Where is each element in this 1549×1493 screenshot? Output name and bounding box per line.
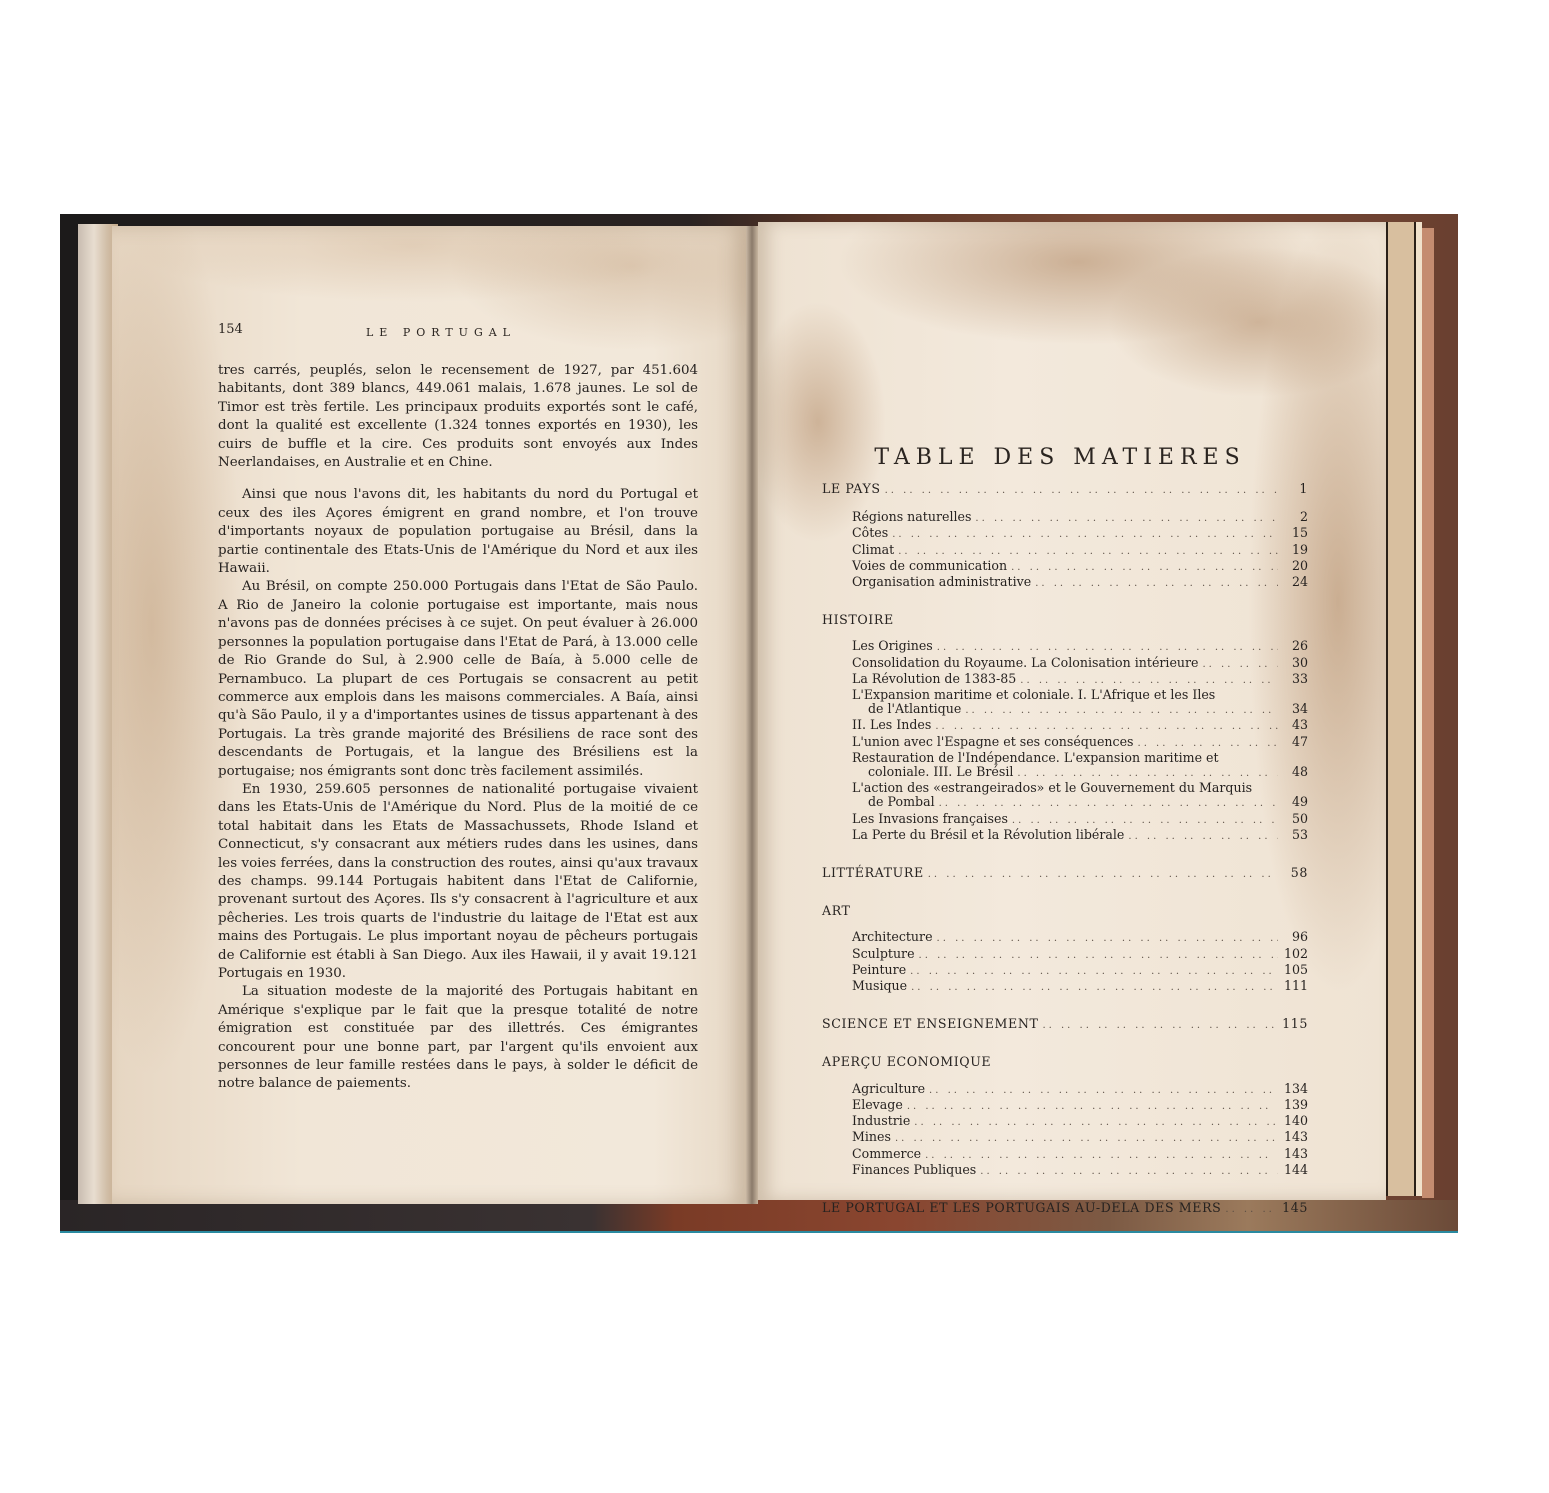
toc-label: Industrie: [852, 1114, 910, 1128]
leader-dots: .. .. .. .. .. .. .. .. .. .. .. .. .. .…: [906, 965, 1278, 979]
toc-label: Mines: [852, 1130, 891, 1144]
toc-page-number: 48: [1278, 765, 1308, 779]
toc-entry: Finances Publiques.. .. .. .. .. .. .. .…: [822, 1163, 1308, 1179]
toc-page-number: 143: [1278, 1130, 1308, 1144]
toc-section: HISTOIRELes Origines.. .. .. .. .. .. ..…: [822, 613, 1308, 844]
toc-entry: Musique.. .. .. .. .. .. .. .. .. .. .. …: [822, 979, 1308, 995]
book-gutter: [746, 226, 758, 1204]
toc-label: L'union avec l'Espagne et ses conséquenc…: [852, 735, 1134, 749]
toc-label: Les Invasions françaises: [852, 812, 1008, 826]
paragraph: tres carrés, peuplés, selon le recenseme…: [218, 362, 698, 472]
toc-entry: Organisation administrative.. .. .. .. .…: [822, 575, 1308, 591]
toc-label: de l'Atlantique: [868, 702, 961, 716]
leader-dots: .. .. .. .. .. .. .. .. .. .. .. .. .. .…: [891, 1132, 1278, 1146]
toc-page-number: 143: [1278, 1147, 1308, 1161]
toc-page-number: 49: [1278, 795, 1308, 809]
toc-page-number: 145: [1278, 1201, 1308, 1215]
toc-section: LITTÉRATURE.. .. .. .. .. .. .. .. .. ..…: [822, 866, 1308, 882]
toc-entry: II. Les Indes.. .. .. .. .. .. .. .. .. …: [822, 718, 1308, 734]
leader-dots: .. .. .. .. .. .. .. .. .. .. .. .. .. .…: [915, 949, 1278, 963]
toc-label: Commerce: [852, 1147, 921, 1161]
toc-label: La Perte du Brésil et la Révolution libé…: [852, 828, 1124, 842]
toc-section-heading: LE PORTUGAL ET LES PORTUGAIS AU-DELA DES…: [822, 1201, 1308, 1217]
toc-entry: Industrie.. .. .. .. .. .. .. .. .. .. .…: [822, 1114, 1308, 1130]
toc-entry-continuation: coloniale. III. Le Brésil.. .. .. .. .. …: [822, 765, 1308, 781]
leader-dots: .. .. .. .. .. .. .. .. .. .. .. .. .. .…: [971, 512, 1278, 526]
toc-entry: Mines.. .. .. .. .. .. .. .. .. .. .. ..…: [822, 1130, 1308, 1146]
toc-entry: Sculpture.. .. .. .. .. .. .. .. .. .. .…: [822, 947, 1308, 963]
toc-label: II. Les Indes: [852, 718, 931, 732]
toc-entry: Elevage.. .. .. .. .. .. .. .. .. .. .. …: [822, 1098, 1308, 1114]
toc-section: LE PAYS.. .. .. .. .. .. .. .. .. .. .. …: [822, 482, 1308, 591]
toc-label: Consolidation du Royaume. La Colonisatio…: [852, 656, 1199, 670]
leader-dots: .. .. .. .. .. .. .. .. .. .. .. .. .. .…: [1013, 767, 1278, 781]
leader-dots: .. .. .. .. .. .. .. .. .. .. .. .. .. .…: [1199, 658, 1279, 672]
leader-dots: .. .. .. .. .. .. .. .. .. .. .. .. .. .…: [894, 545, 1278, 559]
toc-label: Régions naturelles: [852, 510, 971, 524]
toc-entry: Voies de communication.. .. .. .. .. .. …: [822, 559, 1308, 575]
toc-label: Agriculture: [852, 1082, 925, 1096]
leader-dots: .. .. .. .. .. .. .. .. .. .. .. .. .. .…: [910, 1116, 1278, 1130]
toc-page-number: 1: [1278, 482, 1308, 496]
running-head: 154 LE PORTUGAL: [218, 322, 698, 342]
toc-label: Peinture: [852, 963, 906, 977]
toc-label: de Pombal: [868, 795, 935, 809]
leader-dots: .. .. .. .. .. .. .. .. .. .. .. .. .. .…: [931, 720, 1278, 734]
leader-dots: .. .. .. .. .. .. .. .. .. .. .. .. .. .…: [1031, 577, 1278, 591]
leader-dots: .. .. .. .. .. .. .. .. .. .. .. .. .. .…: [933, 641, 1278, 655]
toc-entry: L'Expansion maritime et coloniale. I. L'…: [822, 688, 1308, 702]
toc-page-number: 47: [1278, 735, 1308, 749]
toc-label: Climat: [852, 543, 894, 557]
toc-entry-continuation: de l'Atlantique.. .. .. .. .. .. .. .. .…: [822, 702, 1308, 718]
toc-label: Organisation administrative: [852, 575, 1031, 589]
leader-dots: .. .. .. .. .. .. .. .. .. .. .. .. .. .…: [1008, 814, 1278, 828]
toc-label: Architecture: [852, 930, 933, 944]
toc-page-number: 2: [1278, 510, 1308, 524]
leader-dots: .. .. .. .. .. .. .. .. .. .. .. .. .. .…: [961, 704, 1278, 718]
leader-dots: .. .. .. .. .. .. .. .. .. .. .. .. .. .…: [903, 1100, 1278, 1114]
page-number: 154: [218, 322, 243, 337]
toc-label: Voies de communication: [852, 559, 1007, 573]
toc-section: LE PORTUGAL ET LES PORTUGAIS AU-DELA DES…: [822, 1201, 1308, 1217]
leader-dots: .. .. .. .. .. .. .. .. .. .. .. .. .. .…: [925, 1084, 1278, 1098]
leader-dots: .. .. .. .. .. .. .. .. .. .. .. .. .. .…: [907, 981, 1278, 995]
toc-section-heading: LITTÉRATURE.. .. .. .. .. .. .. .. .. ..…: [822, 866, 1308, 882]
toc-label: Musique: [852, 979, 907, 993]
toc-page-number: 30: [1278, 656, 1308, 670]
toc-title: TABLE DES MATIERES: [820, 445, 1300, 470]
toc-entry: L'action des «estrangeirados» et le Gouv…: [822, 781, 1308, 795]
leader-dots: .. .. .. .. .. .. .. .. .. .. .. .. .. .…: [1134, 737, 1278, 751]
toc-label: LITTÉRATURE: [822, 866, 924, 880]
leader-dots: .. .. .. .. .. .. .. .. .. .. .. .. .. .…: [1007, 561, 1278, 575]
toc-label: Sculpture: [852, 947, 915, 961]
toc-section-heading: ART: [822, 904, 1308, 918]
toc-label: Les Origines: [852, 639, 933, 653]
toc-page-number: 15: [1278, 526, 1308, 540]
leader-dots: .. .. .. .. .. .. .. .. .. .. .. .. .. .…: [1038, 1019, 1278, 1033]
toc-section: SCIENCE ET ENSEIGNEMENT.. .. .. .. .. ..…: [822, 1017, 1308, 1033]
toc-page-number: 43: [1278, 718, 1308, 732]
paragraph: Ainsi que nous l'avons dit, les habitant…: [218, 486, 698, 578]
toc-page-number: 50: [1278, 812, 1308, 826]
leader-dots: .. .. .. .. .. .. .. .. .. .. .. .. .. .…: [1016, 674, 1278, 688]
toc-label: Finances Publiques: [852, 1163, 976, 1177]
toc-entry: La Révolution de 1383-85.. .. .. .. .. .…: [822, 672, 1308, 688]
running-head-title: LE PORTUGAL: [366, 326, 516, 339]
right-cover-board: [1422, 228, 1434, 1198]
toc-page-number: 105: [1278, 963, 1308, 977]
toc-label: LE PORTUGAL ET LES PORTUGAIS AU-DELA DES…: [822, 1201, 1221, 1215]
toc-section-heading: HISTOIRE: [822, 613, 1308, 627]
toc-page-number: 96: [1278, 930, 1308, 944]
toc-entry: La Perte du Brésil et la Révolution libé…: [822, 828, 1308, 844]
toc-page-number: 24: [1278, 575, 1308, 589]
toc-entry: Climat.. .. .. .. .. .. .. .. .. .. .. .…: [822, 543, 1308, 559]
toc-page-number: 144: [1278, 1163, 1308, 1177]
leader-dots: .. .. .. .. .. .. .. .. .. .. .. .. .. .…: [924, 868, 1278, 882]
toc-entry: Peinture.. .. .. .. .. .. .. .. .. .. ..…: [822, 963, 1308, 979]
leader-dots: .. .. .. .. .. .. .. .. .. .. .. .. .. .…: [1124, 830, 1278, 844]
toc-label: L'Expansion maritime et coloniale. I. L'…: [852, 688, 1215, 702]
toc-entry: Côtes.. .. .. .. .. .. .. .. .. .. .. ..…: [822, 526, 1308, 542]
paragraph: En 1930, 259.605 personnes de nationalit…: [218, 781, 698, 983]
toc-entry: Commerce.. .. .. .. .. .. .. .. .. .. ..…: [822, 1147, 1308, 1163]
toc-entry: L'union avec l'Espagne et ses conséquenc…: [822, 735, 1308, 751]
toc-section: APERÇU ECONOMIQUEAgriculture.. .. .. .. …: [822, 1055, 1308, 1178]
toc-entry: Agriculture.. .. .. .. .. .. .. .. .. ..…: [822, 1082, 1308, 1098]
toc-entry-continuation: de Pombal.. .. .. .. .. .. .. .. .. .. .…: [822, 795, 1308, 811]
toc-section-heading: APERÇU ECONOMIQUE: [822, 1055, 1308, 1069]
toc-entry: Architecture.. .. .. .. .. .. .. .. .. .…: [822, 930, 1308, 946]
leader-dots: .. .. .. .. .. .. .. .. .. .. .. .. .. .…: [976, 1165, 1278, 1179]
toc-page-number: 26: [1278, 639, 1308, 653]
toc-entry: Les Invasions françaises.. .. .. .. .. .…: [822, 812, 1308, 828]
toc-label: Côtes: [852, 526, 888, 540]
leader-dots: .. .. .. .. .. .. .. .. .. .. .. .. .. .…: [888, 528, 1278, 542]
toc-page-number: 20: [1278, 559, 1308, 573]
toc-entry: Consolidation du Royaume. La Colonisatio…: [822, 656, 1308, 672]
leader-dots: .. .. .. .. .. .. .. .. .. .. .. .. .. .…: [921, 1149, 1278, 1163]
left-page-body: tres carrés, peuplés, selon le recenseme…: [218, 362, 698, 1094]
toc-page-number: 102: [1278, 947, 1308, 961]
toc-section-heading: SCIENCE ET ENSEIGNEMENT.. .. .. .. .. ..…: [822, 1017, 1308, 1033]
leader-dots: .. .. .. .. .. .. .. .. .. .. .. .. .. .…: [881, 484, 1278, 498]
toc-page-number: 58: [1278, 866, 1308, 880]
toc-page-number: 115: [1278, 1017, 1308, 1031]
toc-label: LE PAYS: [822, 482, 881, 496]
toc-entry: Régions naturelles.. .. .. .. .. .. .. .…: [822, 510, 1308, 526]
toc-label: HISTOIRE: [822, 613, 894, 627]
toc-page-number: 33: [1278, 672, 1308, 686]
toc-label: L'action des «estrangeirados» et le Gouv…: [852, 781, 1252, 795]
toc-page-number: 134: [1278, 1082, 1308, 1096]
toc-label: Restauration de l'Indépendance. L'expans…: [852, 751, 1219, 765]
leader-dots: .. .. .. .. .. .. .. .. .. .. .. .. .. .…: [1221, 1203, 1278, 1217]
paragraph: Au Brésil, on compte 250.000 Portugais d…: [218, 578, 698, 780]
toc-section-heading: LE PAYS.. .. .. .. .. .. .. .. .. .. .. …: [822, 482, 1308, 498]
toc-label: SCIENCE ET ENSEIGNEMENT: [822, 1017, 1038, 1031]
toc-page-number: 53: [1278, 828, 1308, 842]
toc-page-number: 140: [1278, 1114, 1308, 1128]
toc-label: La Révolution de 1383-85: [852, 672, 1016, 686]
leader-dots: .. .. .. .. .. .. .. .. .. .. .. .. .. .…: [935, 797, 1278, 811]
toc-label: Elevage: [852, 1098, 903, 1112]
paragraph: La situation modeste de la majorité des …: [218, 983, 698, 1093]
toc-entry: Les Origines.. .. .. .. .. .. .. .. .. .…: [822, 639, 1308, 655]
toc-label: APERÇU ECONOMIQUE: [822, 1055, 991, 1069]
toc-section: ARTArchitecture.. .. .. .. .. .. .. .. .…: [822, 904, 1308, 995]
toc-page-number: 34: [1278, 702, 1308, 716]
leader-dots: .. .. .. .. .. .. .. .. .. .. .. .. .. .…: [933, 932, 1278, 946]
toc-page-number: 111: [1278, 979, 1308, 993]
toc-page-number: 19: [1278, 543, 1308, 557]
toc-label: ART: [822, 904, 851, 918]
table-of-contents: LE PAYS.. .. .. .. .. .. .. .. .. .. .. …: [822, 482, 1308, 1217]
toc-label: coloniale. III. Le Brésil: [868, 765, 1013, 779]
toc-page-number: 139: [1278, 1098, 1308, 1112]
toc-entry: Restauration de l'Indépendance. L'expans…: [822, 751, 1308, 765]
right-page-edges: [1386, 222, 1422, 1196]
